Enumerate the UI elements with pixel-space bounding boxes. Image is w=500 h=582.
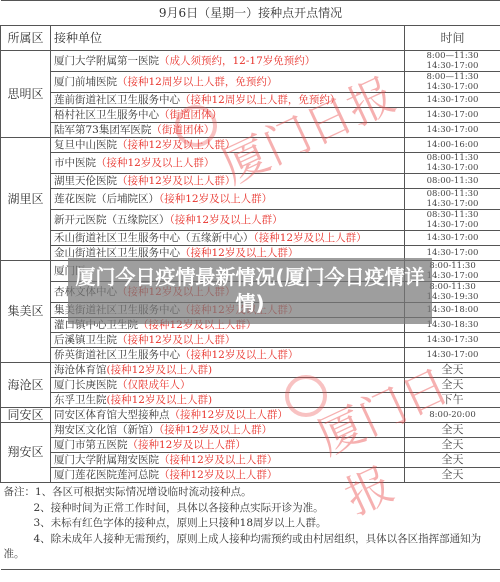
- unit-cell: 厦门前埔医院（接种12周岁以上人群，免预约）: [51, 72, 405, 93]
- time-cell: 全天: [405, 423, 500, 438]
- unit-note: （接种12岁及以上人群）: [117, 175, 235, 187]
- time-cell: 08:00-11:3014:30-17:00: [405, 189, 500, 210]
- vaccination-schedule-sheet: 9月6日（星期一）接种点开点情况 所属区 接种单位 时间 思明区厦门大学附属第一…: [0, 0, 500, 582]
- time-slot: 8:00—11:30: [408, 51, 497, 61]
- time-cell: 14:30-17:00: [405, 93, 500, 108]
- notes-prefix: 备注：: [4, 486, 36, 498]
- table-row: 思明区厦门大学附属第一医院（成人须预约，12-17岁免预约）8:00—11:30…: [1, 51, 500, 72]
- header-time: 时间: [405, 26, 500, 51]
- time-slot: 08:30-11:30: [408, 210, 497, 220]
- unit-name: 同安区体育馆大型接种点: [54, 409, 170, 421]
- unit-name: 厦门前埔医院: [54, 76, 117, 88]
- unit-name: 新开元医院（五缘院区）: [54, 214, 170, 226]
- unit-cell: 陆军第73集团军医院（街道团体）: [51, 123, 405, 138]
- unit-note: （接种12岁及以上人群）: [128, 439, 246, 451]
- unit-name: 后溪镇卫生院: [54, 334, 117, 346]
- unit-cell: 同安区体育馆大型接种点（接种12岁及以上人群）: [51, 408, 405, 423]
- table-row: 莲花医院（后埔院区）（接种12岁及以上人群）08:00-11:3014:30-1…: [1, 189, 500, 210]
- unit-name: 梧村社区卫生服务中心: [54, 109, 159, 121]
- note-item: 2、接种时间为正常工作时间，具体以各接种点实际开诊为准。: [4, 501, 498, 517]
- note-item: 1、各区可根据实际情况增设临时流动接种点。: [35, 486, 252, 498]
- unit-name: 湖里天伦医院: [54, 175, 117, 187]
- unit-note: (接种12岁及以上人群): [107, 364, 213, 376]
- district-cell: 同安区: [1, 408, 51, 423]
- unit-name: 复旦中山医院: [54, 139, 117, 151]
- unit-note: （成人须预约，12-17岁免预约）: [159, 55, 315, 67]
- time-cell: 08:00-11:3014:30-17:00: [405, 153, 500, 174]
- time-slot: 14:30-17:00: [408, 61, 497, 71]
- time-slot: 14:30-17:00: [408, 125, 497, 135]
- unit-cell: 厦门大学附属第一医院（成人须预约，12-17岁免预约）: [51, 51, 405, 72]
- time-slot: 14:30-17:00: [408, 350, 497, 360]
- unit-note: （接种12岁及以上人群）: [159, 193, 272, 205]
- table-row: 同安区同安区体育馆大型接种点（接种12岁及以上人群）8:00-20:00: [1, 408, 500, 423]
- note-item: 3、未标有红色字体的接种点，原则上只接种18周岁以上人群。: [4, 516, 498, 532]
- unit-name: 禾山街道社区卫生服务中心（五缘新中心）: [54, 232, 254, 244]
- unit-name: 厦门大学附属第一医院: [54, 55, 159, 67]
- time-cell: 全天: [405, 438, 500, 453]
- table-row: 海沧区海沧体育馆(接种12岁及以上人群)全天: [1, 363, 500, 378]
- time-cell: 8:00—11:3014:30-17:00: [405, 72, 500, 93]
- unit-name: 市中医院: [54, 157, 96, 169]
- unit-note: （接种12周岁以上人群，免预约）: [180, 94, 340, 106]
- unit-note: （接种12岁及以上人群）: [170, 214, 283, 226]
- unit-cell: 新开元医院（五缘院区）（接种12岁及以上人群）: [51, 210, 405, 231]
- unit-name: 海沧体育馆: [54, 364, 107, 376]
- unit-note: （接种12岁及以上人群）: [159, 424, 272, 436]
- unit-note: (接种12岁及以上人群): [107, 394, 213, 406]
- table-row: 新开元医院（五缘院区）（接种12岁及以上人群）08:30-11:3014:30-…: [1, 210, 500, 231]
- header-row: 所属区 接种单位 时间: [1, 26, 500, 51]
- unit-cell: 东孚卫生院(接种12岁及以上人群): [51, 393, 405, 408]
- time-slot: 全天: [408, 455, 497, 465]
- time-slot: 14:00-16:00: [408, 140, 497, 150]
- unit-note: （接种12岁及以上人群）: [159, 454, 277, 466]
- unit-name: 东孚卫生院: [54, 394, 107, 406]
- unit-cell: 禾山街道社区卫生服务中心（五缘新中心）（接种12岁及以上人群）: [51, 231, 405, 246]
- unit-note: （接种12岁及以上人群）: [96, 157, 214, 169]
- unit-note: （接种12岁及以上人群）: [170, 409, 288, 421]
- time-cell: 8:00-20:00: [405, 408, 500, 423]
- table-row: 陆军第73集团军医院（街道团体）14:30-17:00: [1, 123, 500, 138]
- time-cell: 14:30-17:00: [405, 108, 500, 123]
- district-cell: 集美区: [1, 261, 51, 363]
- time-slot: 14:30-17:30: [408, 335, 497, 345]
- district-cell: 思明区: [1, 51, 51, 138]
- unit-name: 厦门长庚医院: [54, 379, 117, 391]
- time-cell: 14:30-17:00: [405, 348, 500, 363]
- unit-name: 侨英街道社区卫生服务中心: [54, 349, 180, 361]
- unit-name: 陆军第73集团军医院: [54, 124, 151, 136]
- header-district: 所属区: [1, 26, 51, 51]
- unit-cell: 厦门市第五医院（接种12岁及以上人群）: [51, 438, 405, 453]
- table-row: 湖里区复旦中山医院（接种12岁及以上人群）14:00-16:00: [1, 138, 500, 153]
- district-cell: 翔安区: [1, 423, 51, 483]
- unit-note: （仅限成年人）: [117, 379, 191, 391]
- unit-name: 翔安区文化馆（新馆）: [54, 424, 159, 436]
- time-slot: 全天: [408, 365, 497, 375]
- time-cell: 全天: [405, 378, 500, 393]
- unit-name: 厦门莲花医院莲河总院: [54, 469, 159, 481]
- time-cell: 下午: [405, 393, 500, 408]
- time-slot: 全天: [408, 425, 497, 435]
- page-title: 9月6日（星期一）接种点开点情况: [1, 1, 500, 26]
- time-slot: 08:00-11:30: [408, 176, 497, 186]
- notes-section: 备注：1、各区可根据实际情况增设临时流动接种点。 2、接种时间为正常工作时间，具…: [1, 483, 500, 570]
- unit-note: （接种12岁及以上人群）: [180, 247, 298, 259]
- unit-cell: 海沧体育馆(接种12岁及以上人群): [51, 363, 405, 378]
- unit-cell: 梧村社区卫生服务中心（街道团体）: [51, 108, 405, 123]
- table-row: 厦门长庚医院（仅限成年人）全天: [1, 378, 500, 393]
- time-slot: 14:30-17:00: [408, 220, 497, 230]
- unit-cell: 莲花医院（后埔院区）（接种12岁及以上人群）: [51, 189, 405, 210]
- unit-cell: 翔安区文化馆（新馆）（接种12岁及以上人群）: [51, 423, 405, 438]
- note-item: 4、除未成年人接种无需预约，原则上成人接种均需预约或由村居组织，具体以各区指挥部…: [4, 532, 498, 563]
- district-cell: 湖里区: [1, 138, 51, 261]
- table-row: 厦门前埔医院（接种12周岁以上人群，免预约）8:00—11:3014:30-17…: [1, 72, 500, 93]
- time-cell: 全天: [405, 468, 500, 483]
- table-row: 禾山街道社区卫生服务中心（五缘新中心）（接种12岁及以上人群）14:30-17:…: [1, 231, 500, 246]
- unit-note: （接种12岁及以上人群）: [180, 349, 298, 361]
- unit-cell: 复旦中山医院（接种12岁及以上人群）: [51, 138, 405, 153]
- time-slot: 全天: [408, 440, 497, 450]
- time-slot: 8:00-20:00: [408, 410, 497, 420]
- table-row: 东孚卫生院(接种12岁及以上人群)下午: [1, 393, 500, 408]
- table-row: 莲前街道社区卫生服务中心（接种12周岁以上人群，免预约）14:30-17:00: [1, 93, 500, 108]
- table-row: 厦门市第五医院（接种12岁及以上人群）全天: [1, 438, 500, 453]
- table-row: 翔安区翔安区文化馆（新馆）（接种12岁及以上人群）全天: [1, 423, 500, 438]
- unit-note: （接种12岁及以上人群）: [254, 232, 367, 244]
- table-row: 后溪镇卫生院（接种12岁及以上人群）14:30-17:30: [1, 333, 500, 348]
- headline-banner[interactable]: 厦门今日疫情最新情况(厦门今日疫情详情): [68, 258, 432, 324]
- unit-note: （街道团体）: [151, 124, 214, 136]
- table-row: 湖里天伦医院（接种12岁及以上人群）08:00-11:30: [1, 174, 500, 189]
- table-row: 梧村社区卫生服务中心（街道团体）14:30-17:00: [1, 108, 500, 123]
- time-cell: 全天: [405, 363, 500, 378]
- time-slot: 14:30-17:00: [408, 233, 497, 243]
- time-slot: 08:00-11:30: [408, 189, 497, 199]
- time-cell: 8:00—11:3014:30-17:00: [405, 51, 500, 72]
- time-cell: 14:00-16:00: [405, 138, 500, 153]
- unit-name: 莲花医院（后埔院区）: [54, 193, 159, 205]
- time-slot: 14:30-17:00: [408, 163, 497, 173]
- time-cell: 14:30-17:30: [405, 333, 500, 348]
- unit-cell: 莲前街道社区卫生服务中心（接种12周岁以上人群，免预约）: [51, 93, 405, 108]
- unit-note: （街道团体）: [159, 109, 222, 121]
- unit-cell: 市中医院（接种12岁及以上人群）: [51, 153, 405, 174]
- unit-note: （接种12周岁以上人群，免预约）: [117, 76, 277, 88]
- time-slot: 14:30-17:00: [408, 199, 497, 209]
- table-row: 厦门莲花医院莲河总院（接种12岁及以上人群）全天: [1, 468, 500, 483]
- unit-note: （接种12岁及以上人群）: [159, 469, 277, 481]
- time-slot: 全天: [408, 470, 497, 480]
- unit-name: 莲前街道社区卫生服务中心: [54, 94, 180, 106]
- unit-name: 厦门大学附属翔安医院: [54, 454, 159, 466]
- time-cell: 全天: [405, 453, 500, 468]
- unit-note: （接种12岁及以上人群）: [117, 334, 235, 346]
- table-row: 侨英街道社区卫生服务中心（接种12岁及以上人群）14:30-17:00: [1, 348, 500, 363]
- unit-cell: 后溪镇卫生院（接种12岁及以上人群）: [51, 333, 405, 348]
- unit-cell: 厦门莲花医院莲河总院（接种12岁及以上人群）: [51, 468, 405, 483]
- time-slot: 08:00-11:30: [408, 153, 497, 163]
- time-slot: 14:30-17:00: [408, 110, 497, 120]
- table-row: 市中医院（接种12岁及以上人群）08:00-11:3014:30-17:00: [1, 153, 500, 174]
- unit-cell: 湖里天伦医院（接种12岁及以上人群）: [51, 174, 405, 189]
- time-cell: 08:00-11:30: [405, 174, 500, 189]
- time-cell: 14:30-17:00: [405, 123, 500, 138]
- unit-cell: 厦门大学附属翔安医院（接种12岁及以上人群）: [51, 453, 405, 468]
- time-cell: 08:30-11:3014:30-17:00: [405, 210, 500, 231]
- header-unit: 接种单位: [51, 26, 405, 51]
- table-row: 厦门大学附属翔安医院（接种12岁及以上人群）全天: [1, 453, 500, 468]
- unit-cell: 厦门长庚医院（仅限成年人）: [51, 378, 405, 393]
- time-slot: 全天: [408, 380, 497, 390]
- unit-name: 金山街道社区卫生服务中心: [54, 247, 180, 259]
- time-slot: 8:00—11:30: [408, 72, 497, 82]
- time-cell: 14:30-17:00: [405, 231, 500, 246]
- time-slot: 下午: [408, 395, 497, 405]
- time-slot: 14:30-17:00: [408, 248, 497, 258]
- unit-name: 厦门市第五医院: [54, 439, 128, 451]
- unit-note: （接种12岁及以上人群）: [117, 139, 235, 151]
- district-cell: 海沧区: [1, 363, 51, 408]
- time-slot: 14:30-17:00: [408, 95, 497, 105]
- time-slot: 14:30-17:00: [408, 82, 497, 92]
- unit-cell: 侨英街道社区卫生服务中心（接种12岁及以上人群）: [51, 348, 405, 363]
